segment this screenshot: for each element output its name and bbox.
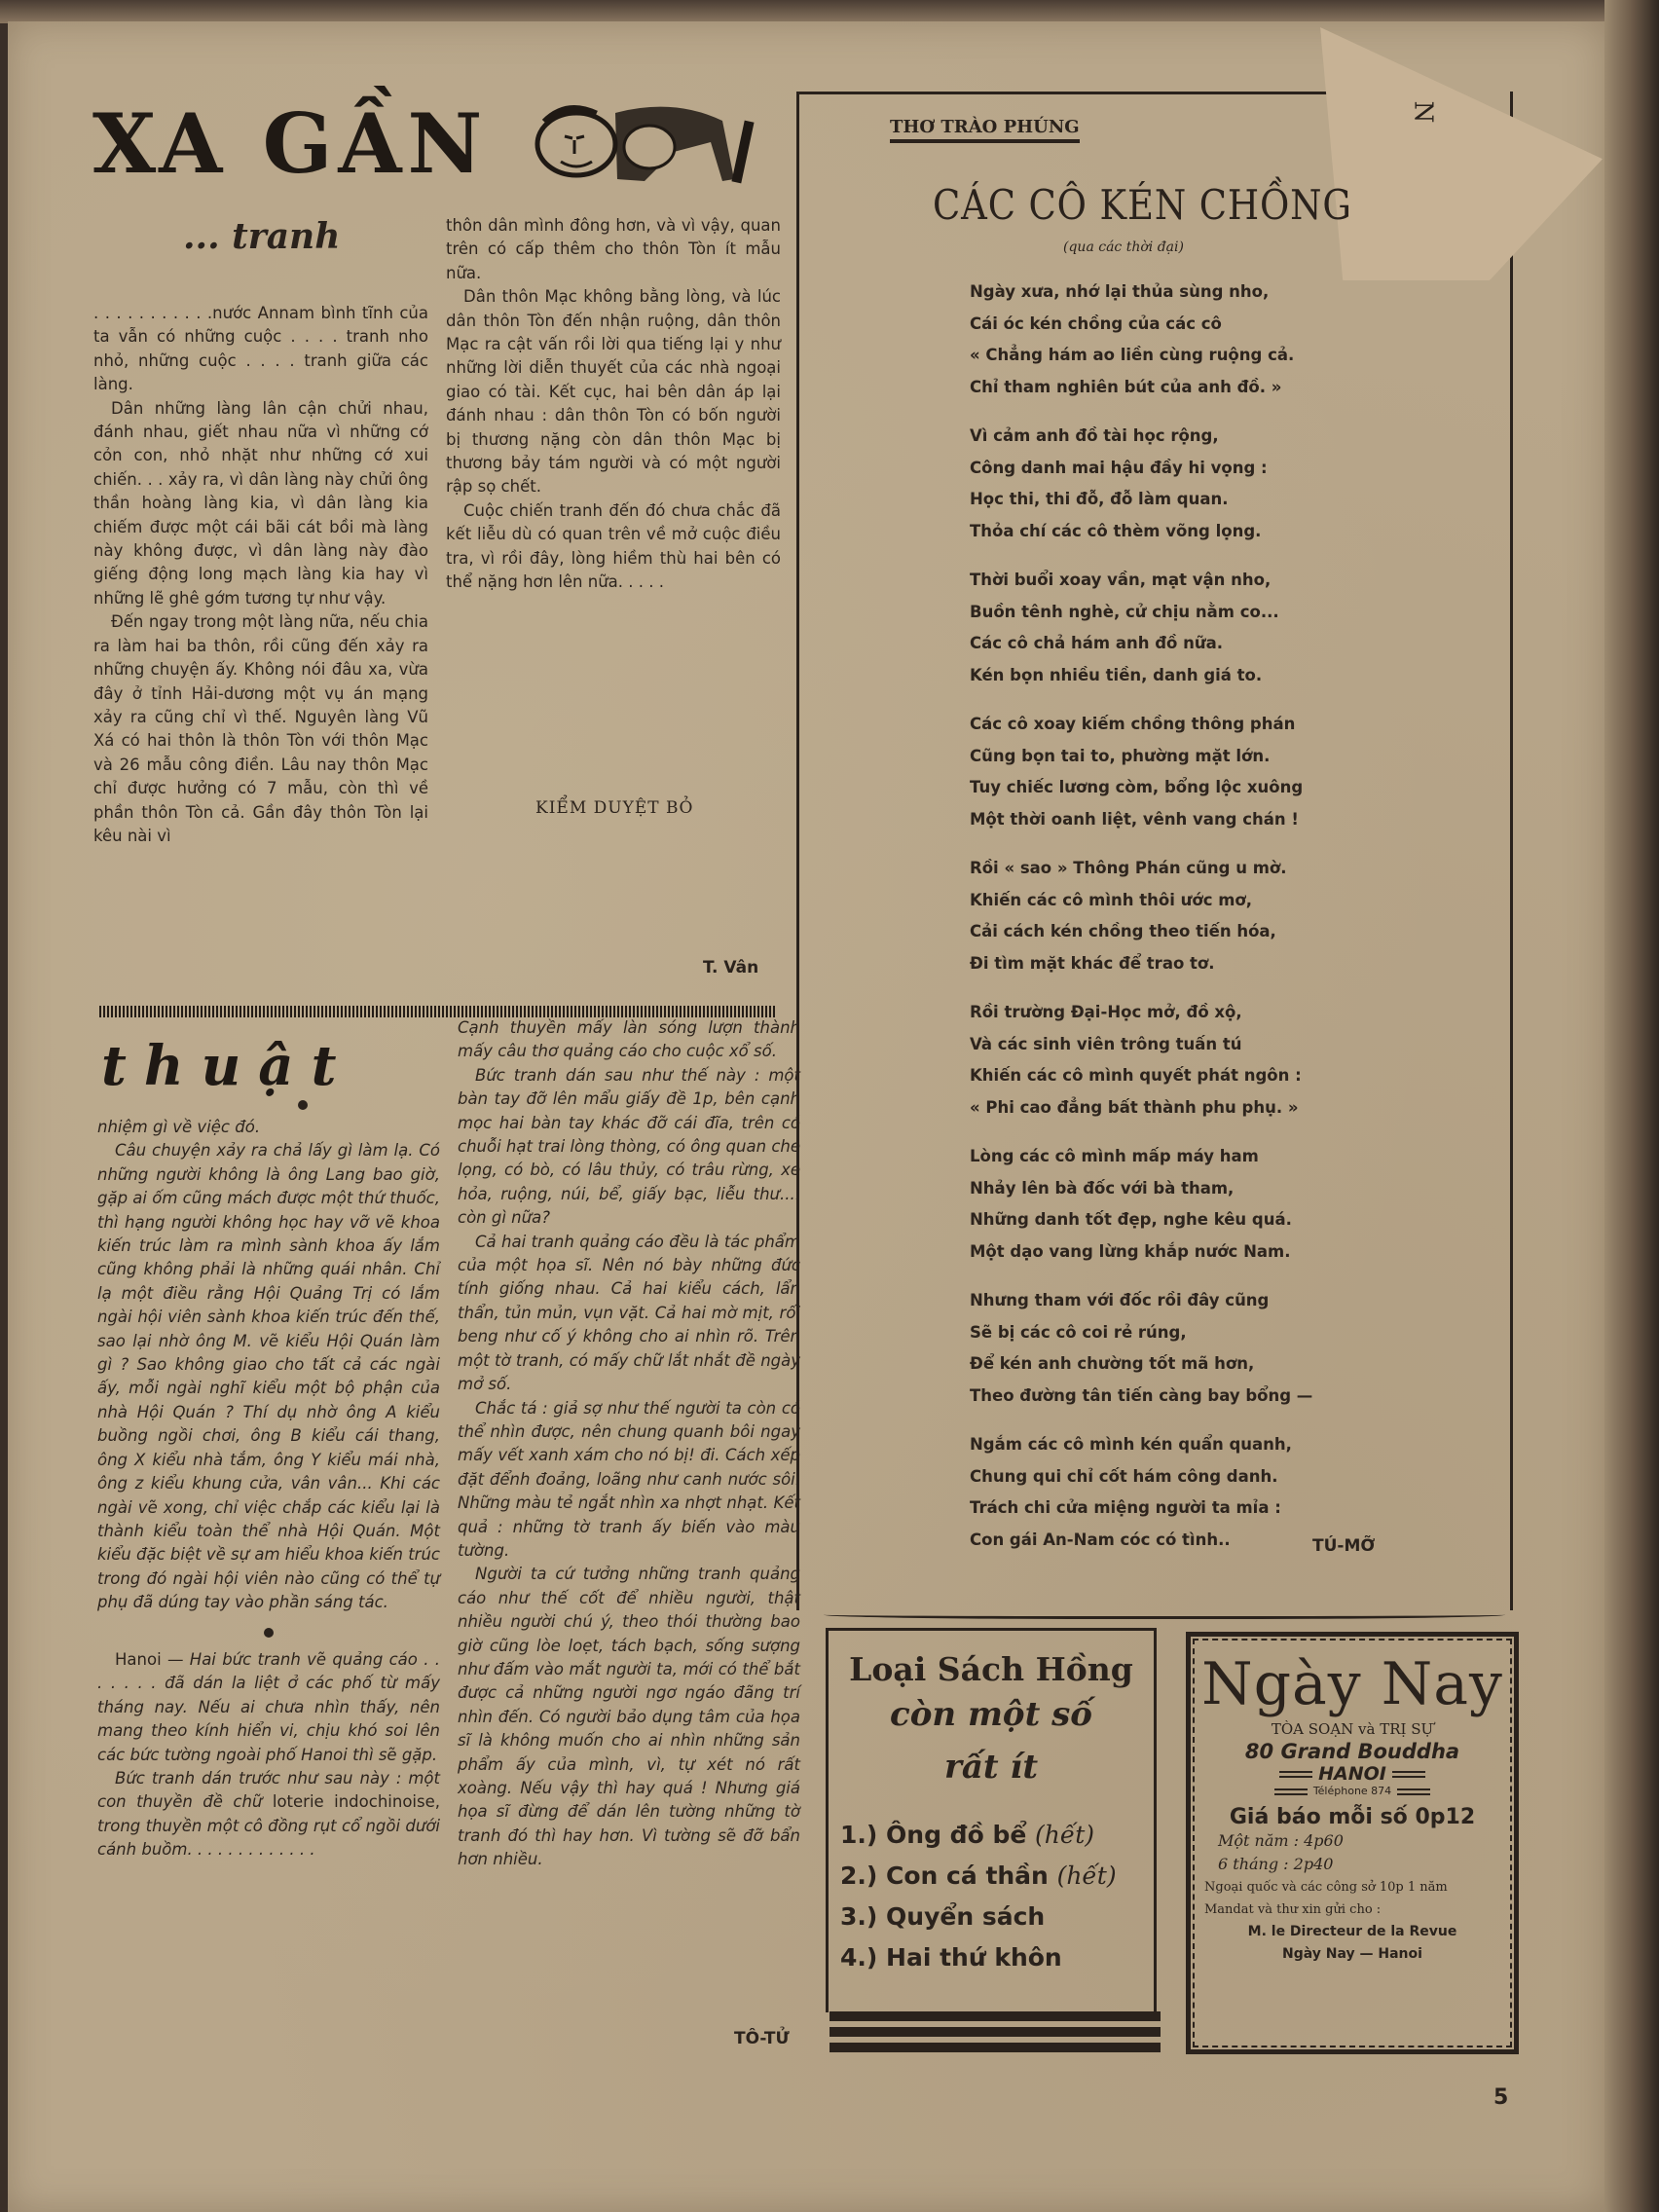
office-label: TÒA SOẠN và TRỊ SỰ <box>1191 1720 1514 1738</box>
paragraph-text: loterie indochinoise, <box>273 1792 440 1811</box>
poem-line: Rồi trường Đại-Học mở, đồ xộ, <box>970 997 1312 1029</box>
book-advertisement: Loại Sách Hồng còn một số rất ít 1.) Ông… <box>826 1628 1157 2012</box>
poem-line: « Phi cao đẳng bất thành phu phụ. » <box>970 1092 1312 1124</box>
separator <box>97 1621 440 1644</box>
poem-line: Con gái An-Nam cóc có tình.. <box>970 1525 1312 1557</box>
article-column-4: Cạnh thuyền mấy làn sóng lượn thành mấy … <box>458 1016 800 1872</box>
poem-line: Chung qui chỉ cốt hám công danh. <box>970 1461 1312 1493</box>
book-list-item: 1.) Ông đồ bể (hết) <box>840 1815 1154 1856</box>
article-column-2: thôn dân mình đông hơn, và vì vậy, quan … <box>446 214 781 595</box>
poem-line: Để kén anh chường tốt mã hơn, <box>970 1348 1312 1381</box>
poem-stanza: Ngắm các cô mình kén quẩn quanh,Chung qu… <box>970 1429 1312 1556</box>
poem-line: Cũng bọn tai to, phường mặt lớn. <box>970 741 1312 773</box>
double-dash <box>1397 1788 1430 1795</box>
poem-line: Một dạo vang lừng khắp nước Nam. <box>970 1236 1312 1269</box>
page-number: 5 <box>1493 2085 1508 2110</box>
folded-corner-text: N <box>1408 101 1437 124</box>
telephone: Téléphone 874 <box>1191 1785 1514 1797</box>
poem-line: Ngắm các cô mình kén quẩn quanh, <box>970 1429 1312 1461</box>
bullet-dot <box>298 1100 308 1110</box>
double-dash <box>1274 1788 1308 1795</box>
paragraph: Câu chuyện xảy ra chả lấy gì làm lạ. Có … <box>97 1139 440 1614</box>
poem-line: Cải cách kén chồng theo tiến hóa, <box>970 916 1312 948</box>
poem-line: Khiến các cô mình thôi ước mơ, <box>970 885 1312 917</box>
author-signature: TÚ-MỠ <box>1312 1536 1375 1556</box>
poem-line: Một thời oanh liệt, vênh vang chán ! <box>970 804 1312 836</box>
article-column-1: . . . . . . . . . . .nước Annam bình tĩn… <box>93 302 428 848</box>
poem-line: Khiến các cô mình quyết phát ngôn : <box>970 1060 1312 1092</box>
address: 80 Grand Bouddha <box>1191 1740 1514 1763</box>
poem-line: Thời buổi xoay vần, mạt vận nho, <box>970 565 1312 597</box>
bullet-dot <box>264 1628 274 1638</box>
poem-line: Đi tìm mặt khác để trao tơ. <box>970 948 1312 980</box>
poem-frame-wavy-rule <box>824 1608 1505 1619</box>
double-dash <box>1392 1771 1425 1778</box>
poem-kicker: THƠ TRÀO PHÚNG <box>890 117 1080 143</box>
subscription-six-months: 6 tháng : 2p40 <box>1191 1853 1514 1876</box>
article-subtitle: ... tranh <box>183 216 340 257</box>
paragraph: Cả hai tranh quảng cáo đều là tác phẩm c… <box>458 1231 800 1397</box>
foreign-rate: Ngoại quốc và các công sở 10p 1 năm <box>1191 1876 1514 1899</box>
poem-line: Chỉ tham nghiên bút của anh đồ. » <box>970 372 1312 404</box>
poem-frame-rule <box>796 92 1342 94</box>
poem-stanza: Rồi « sao » Thông Phán cũng u mờ.Khiến c… <box>970 853 1312 979</box>
paragraph: nhiệm gì về việc đó. <box>97 1116 440 1139</box>
paragraph: Dân thôn Mạc không bằng lòng, và lúc dân… <box>446 285 781 499</box>
newspaper-advertisement: Ngày Nay TÒA SOẠN và TRỊ SỰ 80 Grand Bou… <box>1186 1632 1519 2054</box>
city: HANOI <box>1191 1763 1514 1785</box>
poem-stanza: Thời buổi xoay vần, mạt vận nho,Buồn tên… <box>970 565 1312 691</box>
price: Giá báo mỗi số 0p12 <box>1191 1805 1514 1829</box>
paragraph: Đến ngay trong một làng nữa, nếu chia ra… <box>93 610 428 848</box>
poem-title: CÁC CÔ KÉN CHỒNG <box>933 181 1352 229</box>
poem-stanza: Vì cảm anh đồ tài học rộng,Công danh mai… <box>970 421 1312 547</box>
section-title: thuật <box>101 1034 353 1098</box>
paragraph-text: trong thuyền một cô đồng rụt cổ ngồi dướ… <box>97 1817 440 1859</box>
paragraph: thôn dân mình đông hơn, và vì vậy, quan … <box>446 214 781 285</box>
poem-line: Kén bọn nhiều tiền, danh giá to. <box>970 660 1312 692</box>
poem-body: Ngày xưa, nhớ lại thủa sùng nho,Cái óc k… <box>970 276 1312 1573</box>
poem-line: Cái óc kén chồng của các cô <box>970 309 1312 341</box>
poem-stanza: Nhưng tham với đốc rồi đây cũngSẽ bị các… <box>970 1285 1312 1412</box>
author-signature: T. Vân <box>703 958 758 977</box>
poem-line: Trách chi cửa miệng người ta mỉa : <box>970 1493 1312 1525</box>
ad-subheading: còn một số <box>829 1688 1154 1741</box>
poem-line: Và các sinh viên trông tuấn tú <box>970 1029 1312 1061</box>
poem-line: Lòng các cô mình mấp máy ham <box>970 1141 1312 1173</box>
ad-heading: Loại Sách Hồng <box>829 1650 1154 1688</box>
ad-subheading: rất ít <box>829 1741 1154 1793</box>
author-signature: TÔ-TỬ <box>734 2029 790 2048</box>
book-list: 1.) Ông đồ bể (hết)2.) Con cá thần (hết)… <box>840 1815 1154 1978</box>
poem-line: Theo đường tân tiến càng bay bổng — <box>970 1381 1312 1413</box>
poem-line: Công danh mai hậu đầy hi vọng : <box>970 453 1312 485</box>
newspaper-title: Ngày Nay <box>1191 1650 1514 1718</box>
poem-stanza: Ngày xưa, nhớ lại thủa sùng nho,Cái óc k… <box>970 276 1312 403</box>
poem-line: Vì cảm anh đồ tài học rộng, <box>970 421 1312 453</box>
dateline: Hanoi — <box>115 1650 183 1669</box>
paragraph: Hanoi — Hai bức tranh vẽ quảng cáo . . .… <box>97 1648 440 1767</box>
page-edge-right <box>1604 0 1659 2212</box>
paragraph: Dân những làng lân cận chửi nhau, đánh n… <box>93 397 428 611</box>
poem-line: Ngày xưa, nhớ lại thủa sùng nho, <box>970 276 1312 309</box>
paragraph: . . . . . . . . . . .nước Annam bình tĩn… <box>93 302 428 397</box>
poem-line: Nhảy lên bà đốc với bà tham, <box>970 1173 1312 1205</box>
double-dash <box>1279 1771 1312 1778</box>
poem-line: Buồn tênh nghè, cử chịu nằm co... <box>970 597 1312 629</box>
article-title: XA GẦN <box>92 95 488 192</box>
article-column-3: nhiệm gì về việc đó. Câu chuyện xảy ra c… <box>97 1116 440 1862</box>
paragraph: Cuộc chiến tranh đến đó chưa chắc đã kết… <box>446 499 781 595</box>
send-to: Mandat và thư xin gửi cho : <box>1191 1899 1514 1921</box>
availability-note: (hết) <box>1057 1862 1117 1890</box>
censored-notice: KIỂM DUYỆT BỎ <box>535 798 693 818</box>
telephone-number: Téléphone 874 <box>1313 1785 1391 1797</box>
poem-line: Sẽ bị các cô coi rẻ rúng, <box>970 1317 1312 1349</box>
paragraph: Chắc tá : giả sợ như thế người ta còn có… <box>458 1397 800 1564</box>
poem-stanza: Lòng các cô mình mấp máy hamNhảy lên bà … <box>970 1141 1312 1268</box>
background-edge-top <box>0 0 1659 23</box>
paragraph: Bức tranh dán sau như thế này : một bàn … <box>458 1064 800 1231</box>
decorative-bars <box>829 2011 1161 2058</box>
poem-line: Học thi, thi đỗ, đỗ làm quan. <box>970 484 1312 516</box>
poem-line: Nhưng tham với đốc rồi đây cũng <box>970 1285 1312 1317</box>
poem-subtitle: (qua các thời đại) <box>1063 240 1184 255</box>
book-list-item: 4.) Hai thứ khôn <box>840 1937 1154 1978</box>
poem-stanza: Rồi trường Đại-Học mở, đồ xộ,Và các sinh… <box>970 997 1312 1124</box>
caricature-illustration <box>528 93 761 187</box>
poem-line: Rồi « sao » Thông Phán cũng u mờ. <box>970 853 1312 885</box>
book-list-item: 2.) Con cá thần (hết) <box>840 1856 1154 1897</box>
poem-line: Các cô xoay kiếm chồng thông phán <box>970 709 1312 741</box>
paragraph: Bức tranh dán trước như sau này : một co… <box>97 1767 440 1862</box>
paragraph: Cạnh thuyền mấy làn sóng lượn thành mấy … <box>458 1016 800 1064</box>
availability-note: (hết) <box>1035 1821 1094 1849</box>
poem-line: Tuy chiếc lương còm, bổng lộc xuông <box>970 772 1312 804</box>
poem-line: Các cô chả hám anh đồ nữa. <box>970 628 1312 660</box>
poem-stanza: Các cô xoay kiếm chồng thông phánCũng bọ… <box>970 709 1312 835</box>
city-name: HANOI <box>1318 1763 1386 1785</box>
poem-line: Thỏa chí các cô thèm võng lọng. <box>970 516 1312 548</box>
paragraph: Người ta cứ tưởng những tranh quảng cáo … <box>458 1563 800 1871</box>
poem-line: « Chẳng hám ao liền cùng ruộng cả. <box>970 340 1312 372</box>
director: M. le Directeur de la Revue <box>1191 1921 1514 1943</box>
recipient: Ngày Nay — Hanoi <box>1191 1943 1514 1966</box>
book-list-item: 3.) Quyển sách <box>840 1897 1154 1937</box>
poem-line: Những danh tốt đẹp, nghe kêu quá. <box>970 1204 1312 1236</box>
subscription-year: Một năm : 4p60 <box>1191 1829 1514 1853</box>
